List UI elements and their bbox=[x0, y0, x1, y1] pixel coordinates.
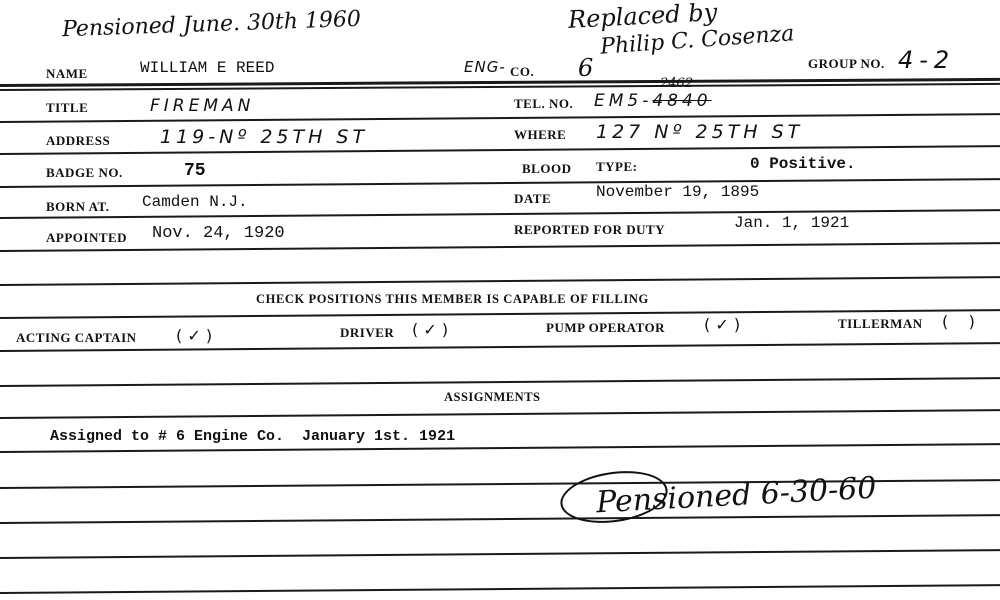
address-value: 119-Nº 25TH ST bbox=[160, 126, 368, 148]
company-label: CO. bbox=[510, 64, 534, 80]
name-value: WILLIAM E REED bbox=[140, 59, 274, 77]
divider bbox=[0, 145, 1000, 155]
positions-heading: CHECK POSITIONS THIS MEMBER IS CAPABLE O… bbox=[256, 292, 649, 307]
tel-value: EM5-4840 bbox=[594, 91, 712, 111]
personnel-record-card: Pensioned June. 30th 1960 Replaced by Ph… bbox=[0, 0, 1000, 600]
title-label: TITLE bbox=[46, 100, 88, 116]
divider bbox=[0, 342, 1000, 352]
divider bbox=[0, 409, 1000, 419]
divider bbox=[0, 549, 1000, 559]
name-label: NAME bbox=[46, 66, 88, 82]
tel-exchange: EM5- bbox=[594, 91, 652, 111]
position-driver-label: DRIVER bbox=[340, 325, 394, 341]
assignment-entry: Assigned to # 6 Engine Co. January 1st. … bbox=[50, 428, 455, 445]
badge-value: 75 bbox=[184, 161, 206, 181]
address-label: ADDRESS bbox=[46, 133, 110, 149]
tel-label: TEL. NO. bbox=[514, 96, 573, 112]
position-driver-checkbox[interactable]: ( ✓ ) bbox=[412, 320, 448, 339]
group-value: 4-2 bbox=[898, 46, 955, 74]
title-value: FIREMAN bbox=[150, 96, 254, 116]
position-tillerman-checkbox[interactable]: ( ) bbox=[942, 312, 975, 331]
divider bbox=[0, 178, 1000, 188]
position-pump-operator-checkbox[interactable]: ( ✓ ) bbox=[704, 315, 740, 334]
position-pump-operator-label: PUMP OPERATOR bbox=[546, 320, 665, 336]
reported-for-duty-label: REPORTED FOR DUTY bbox=[514, 222, 665, 238]
blood-type-value: 0 Positive. bbox=[750, 155, 856, 173]
divider bbox=[0, 377, 1000, 387]
born-at-label: BORN AT. bbox=[46, 199, 109, 215]
pensioned-annotation-top: Pensioned June. 30th 1960 bbox=[62, 7, 362, 42]
blood-type-label: TYPE: bbox=[596, 159, 638, 175]
divider bbox=[0, 584, 1000, 594]
position-acting-captain-checkbox[interactable]: ( ✓ ) bbox=[176, 326, 212, 345]
group-label: GROUP NO. bbox=[808, 56, 885, 72]
badge-label: BADGE NO. bbox=[46, 165, 123, 181]
company-value: 6 bbox=[578, 54, 593, 82]
appointed-label: APPOINTED bbox=[46, 230, 127, 246]
where-value: 127 Nº 25TH ST bbox=[596, 121, 803, 143]
birth-date-value: November 19, 1895 bbox=[596, 183, 759, 201]
appointed-value: Nov. 24, 1920 bbox=[152, 224, 285, 243]
where-label: WHERE bbox=[514, 127, 566, 143]
assignments-heading: ASSIGNMENTS bbox=[444, 390, 541, 405]
reported-for-duty-value: Jan. 1, 1921 bbox=[734, 214, 849, 232]
divider bbox=[0, 514, 1000, 524]
position-tillerman-label: TILLERMAN bbox=[838, 316, 923, 332]
position-acting-captain-label: ACTING CAPTAIN bbox=[16, 330, 137, 346]
divider bbox=[0, 242, 1000, 252]
born-at-value: Camden N.J. bbox=[142, 193, 248, 211]
engine-prefix: ENG- bbox=[464, 58, 506, 76]
divider bbox=[0, 276, 1000, 286]
blood-label: BLOOD bbox=[522, 161, 571, 177]
tel-number-struck: 4840 bbox=[652, 91, 711, 111]
tel-overwrite: 2462 bbox=[660, 76, 693, 91]
birth-date-label: DATE bbox=[514, 191, 551, 207]
